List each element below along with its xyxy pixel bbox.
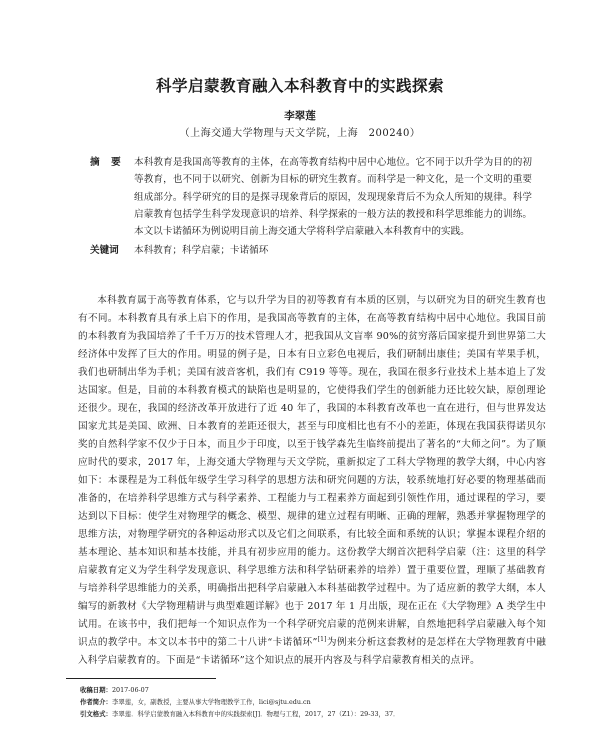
abstract-section: 摘 要 本科教育是我国高等教育的主体，在高等教育结构中居中心地位。它不同于以升学… [92,154,532,260]
author-bio-label: 作者简介： [80,698,112,706]
abstract-text: 本科教育是我国高等教育的主体，在高等教育结构中居中心地位。它不同于以升学为目的的… [134,154,532,240]
keywords-text: 本科教育；科学启蒙；卡诺循环 [134,242,532,259]
reference-marker: [1] [318,636,327,643]
author-bio-text: 李翠莲，女，副教授，主要从事大学物理教学工作，lici@sjtu.edu.cn [112,698,311,706]
keywords-label: 关键词 [90,242,134,259]
body-paragraph: 本科教育属于高等教育体系，它与以升学为目的初等教育有本质的区别，与以研究为目的研… [78,292,546,670]
keywords-row: 关键词 本科教育；科学启蒙；卡诺循环 [92,242,532,259]
footnote-divider [66,678,216,679]
abstract-row: 摘 要 本科教育是我国高等教育的主体，在高等教育结构中居中心地位。它不同于以升学… [92,154,532,240]
citation-label: 引文格式： [80,710,112,718]
footnote-author-bio: 作者简介：李翠莲，女，副教授，主要从事大学物理教学工作，lici@sjtu.ed… [80,696,550,708]
author-name: 李翠莲 [0,108,600,123]
footnote-citation: 引文格式：李翠莲．科学启蒙教育融入本科教育中的实践探索[J]．物理与工程，201… [80,708,550,720]
body-text-part-1: 本科教育属于高等教育体系，它与以升学为目的初等教育有本质的区别，与以研究为目的研… [78,295,546,648]
citation-text: 李翠莲．科学启蒙教育融入本科教育中的实践探索[J]．物理与工程，2017，27（… [112,710,399,718]
footnotes-section: 收稿日期：2017-06-07 作者简介：李翠莲，女，副教授，主要从事大学物理教… [80,684,550,720]
received-label: 收稿日期： [80,686,112,694]
received-date: 2017-06-07 [112,686,149,694]
paper-title: 科学启蒙教育融入本科教育中的实践探索 [0,74,600,96]
footnote-received: 收稿日期：2017-06-07 [80,684,550,696]
author-affiliation: （上海交通大学物理与天文学院，上海 200240） [0,124,600,139]
abstract-label: 摘 要 [90,154,134,240]
